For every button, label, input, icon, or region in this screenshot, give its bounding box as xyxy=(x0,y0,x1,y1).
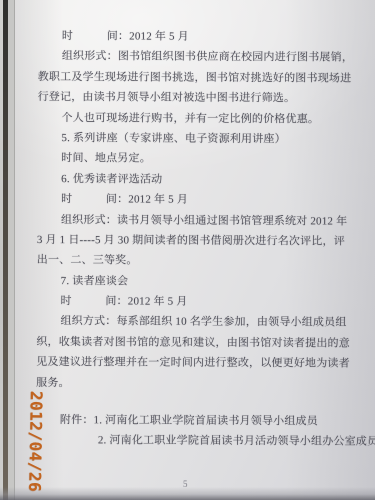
text-line: 5. 系列讲座（专家讲座、电子资源利用讲座） xyxy=(37,128,350,150)
text-line: 组织形式：图书馆组织图书供应商在校园内进行图书展销， xyxy=(38,46,351,68)
text-line: 时 间：2012 年 5 月 xyxy=(37,291,350,313)
attachment-line: 2. 河南化工职业学院首届读书月活动领导小组办公室成员 xyxy=(36,430,349,452)
text-line: 出一、二、三等奖。 xyxy=(37,250,350,272)
document-photo: 时 间：2012 年 5 月 组织形式：图书馆组织图书供应商在校园内进行图书展销… xyxy=(0,0,375,500)
page-edge-strip xyxy=(8,0,15,500)
page-number: 5 xyxy=(183,479,188,489)
text-line: 3 月 1 日----5 月 30 期间读者的图书借阅册次进行名次评比，评 xyxy=(37,230,350,252)
text-line: 个人也可现场进行购书，并有一定比例的价格优惠。 xyxy=(37,108,350,130)
attachment-line: 附件：1. 河南化工职业学院首届读书月领导小组成员 xyxy=(36,410,349,432)
text-line: 组织方式：每系部组织 10 名学生参加，由领导小组成员组 xyxy=(36,311,349,333)
text-line: 时 间：2012 年 5 月 xyxy=(38,26,351,48)
text-line: 6. 优秀读者评选活动 xyxy=(37,169,350,191)
document-body: 时 间：2012 年 5 月 组织形式：图书馆组织图书供应商在校园内进行图书展销… xyxy=(36,26,351,452)
text-line: 织，收集读者对图书馆的意见和建议，由图书馆对读者提出的意 xyxy=(36,332,349,354)
text-line: 时间、地点另定。 xyxy=(37,148,350,170)
text-line: 7. 读者座谈会 xyxy=(37,271,350,293)
text-line: 时 间：2012 年 5 月 xyxy=(37,189,350,211)
date-stamp: 2012/04/26 xyxy=(25,391,46,493)
text-line: 见及建议进行整理并在一定时间内进行整改，以便更好地为读者 xyxy=(36,352,349,374)
text-line: 组织形式：读书月领导小组通过图书馆管理系统对 2012 年 xyxy=(37,210,350,232)
text-line: 服务。 xyxy=(36,373,349,395)
text-line: 教职工及学生现场进行图书挑选，图书馆对挑选好的图书现场进 xyxy=(38,67,351,89)
text-line: 行登记，由读书月领导小组对被选中图书进行筛选。 xyxy=(38,87,351,109)
